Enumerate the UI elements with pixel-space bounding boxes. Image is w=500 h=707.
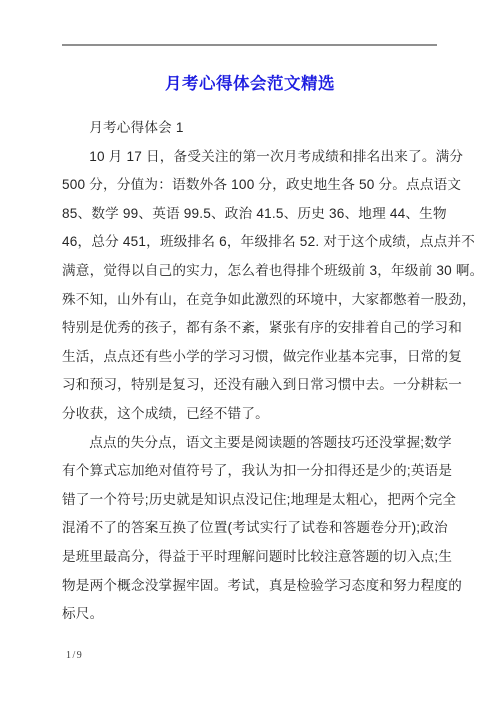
text-line: 分收获，这个成绩，已经不错了。 [62,400,438,429]
text-line: 生活，点点还有些小学的学习习惯，做完作业基本完事，日常的复 [62,343,438,372]
text-line: 10 月 17 日，备受关注的第一次月考成绩和排名出来了。满分 [62,143,438,172]
text-line: 错了一个符号;历史就是知识点没记住;地理是太粗心，把两个完全 [62,486,438,515]
text-line: 物是两个概念没掌握牢固。考试，真是检验学习态度和努力程度的 [62,572,438,601]
section-heading: 月考心得体会 1 [62,114,438,143]
text-line: 标尺。 [62,600,438,629]
text-line: 殊不知，山外有山，在竞争如此激烈的环境中，大家都憋着一股劲， [62,286,438,315]
text-line: 85、数学 99、英语 99.5、政治 41.5、历史 36、地理 44、生物 [62,200,438,229]
header-divider [62,44,437,46]
text-line: 是班里最高分，得益于平时理解问题时比较注意答题的切入点;生 [62,543,438,572]
text-line: 点点的失分点，语文主要是阅读题的答题技巧还没掌握;数学 [62,429,438,458]
document-body: 月考心得体会 1 10 月 17 日，备受关注的第一次月考成绩和排名出来了。满分… [62,114,438,629]
text-line: 混淆不了的答案互换了位置(考试实行了试卷和答题卷分开);政治 [62,514,438,543]
text-line: 有个算式忘加绝对值符号了，我认为扣一分扣得还是少的;英语是 [62,457,438,486]
text-line: 500 分，分值为：语数外各 100 分，政史地生各 50 分。点点语文 [62,171,438,200]
text-line: 46，总分 451，班级排名 6，年级排名 52. 对于这个成绩，点点并不 [62,228,438,257]
page-title: 月考心得体会范文精选 [0,74,500,94]
text-line: 习和预习，特别是复习，还没有融入到日常习惯中去。一分耕耘一 [62,371,438,400]
text-line: 特别是优秀的孩子，都有条不紊，紧张有序的安排着自己的学习和 [62,314,438,343]
page-number: 1/9 [66,650,83,661]
document-page: 月考心得体会范文精选 月考心得体会 1 10 月 17 日，备受关注的第一次月考… [0,0,500,707]
text-line: 满意，觉得以自己的实力，怎么着也得排个班级前 3，年级前 30 啊。 [62,257,438,286]
